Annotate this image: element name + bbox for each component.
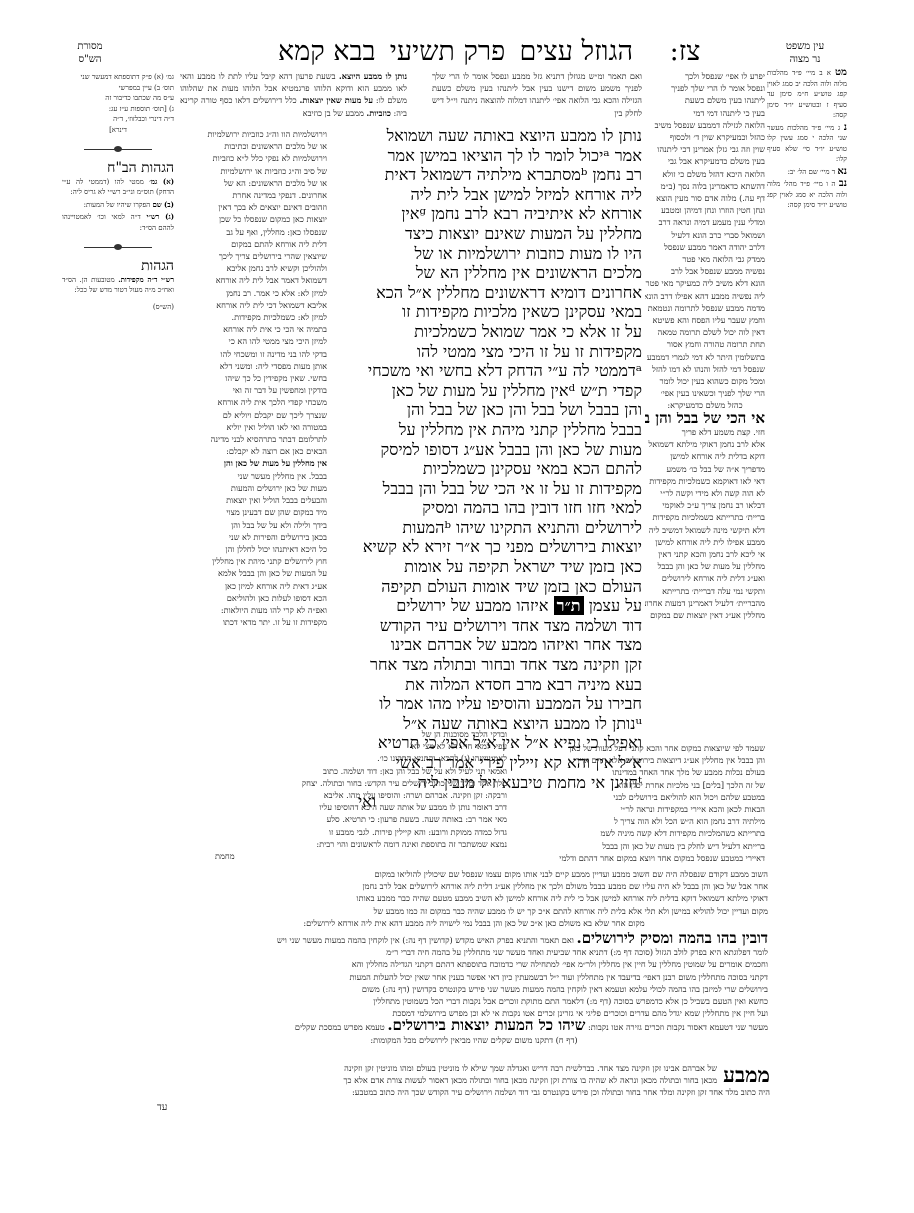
rashi-line: בידך ולילה ולא על של בבל והן [180, 519, 327, 531]
tosafot-line: ומדלי ענין מעמע דמיה ונראה דרב [645, 216, 765, 228]
chapter-name: הגוזל עצים [520, 36, 633, 66]
tosafot-line: ועל חיין אין מתחללין שמא יגדל מהם עדרים … [180, 1007, 768, 1019]
tosafot-line: דף עה.) מלוה אדם סור מעין הוצא [645, 192, 765, 204]
tosafot-line: תחת תרומה טהורה וחמץ אסור [645, 338, 765, 350]
bach-entry: (ג) רש״י ד״ה למאי וכו׳ לאמטויינהו לההם ה… [62, 212, 174, 233]
tosafot-line: ונחן חטין הוזרו ונחן דמיהן ומטבע [645, 204, 765, 216]
hagahot: הגהות רש״י ד״ה מקפידות. מטובעות הן. הס״ד… [62, 261, 174, 312]
tosafot-line: ברייתא דלעיל דיש לחלק בין מעות של כאן וה… [515, 840, 765, 852]
masoret-line: ד״ה דינרי וכבלזוז׳, ד״ה [62, 114, 174, 125]
tosafot-line: שעמד לפי שיוצאות במקום אחר והכא קתני דעל… [515, 742, 765, 754]
bach-lead: רש״י [146, 212, 159, 221]
rashi-bottom: ובדקי הלכך מסוכנות הן של עפי: למאי חזי. … [180, 728, 507, 862]
rashi-dibbur: נותן לו ממבע היוצא. [339, 71, 407, 81]
ein-mishpat-label-line2: נר מצוה [770, 53, 840, 66]
ein-mishpat-entry: מט א ב מיי׳ פ״ד מהלכות מלוה ולוה הלכה יב… [767, 68, 847, 121]
tosafot-line: בירושלים שרי למיזבן בהו בהמה לכולי עלמא … [180, 983, 768, 995]
bach-text: ממטי להו (דממטי לה ע״י הדחק) תוס״מ וני״ב… [62, 178, 174, 197]
tosafot-line: ליה נפשיה ממבע דהא אפילו דרב הונא [645, 290, 765, 302]
masoret-hashas-label: מסורת הש"ס [55, 40, 125, 70]
tosafot-bottom: שעמד לפי שיוצאות במקום אחר והכא קתני דעל… [515, 742, 765, 864]
tosafot-line: כהזל משלם כדמעיקרא: [645, 399, 765, 411]
tosafot-line: והן בבבל אין מחללין אע״ג דיוצאות בירושלי… [515, 754, 765, 766]
tosafot-line: ושמואל סברי כרב הונא דלעיל [645, 229, 765, 241]
rashi-line: ואפ״ה לא קרי להו מעות היולאות: [180, 604, 327, 616]
rashi-line: אין מחללין על מעות של כאן והן [180, 457, 327, 469]
tosafot-full-width: השוב ממבע דקודם שנפסלה היה שם חשוב ממבע … [180, 868, 768, 1046]
tosafot-line: ליתנהו בעין משלם כשעת [645, 94, 765, 106]
rashi-line: מאי אמר רב: באותה שעה. בשעת פרעון: כי תר… [180, 813, 507, 825]
rashi-dibbur: כוזביות. [366, 108, 390, 118]
tosafot-line: חזי. קצת משמע דלא פריך [645, 426, 765, 438]
tosafot-dibbur: שיהו כל המעות יוצאות בירושלים. [387, 1019, 585, 1033]
tosafot-dibbur: אי הכי של בבל והן בבבל למאי [645, 412, 765, 426]
tosafot-line: כהזל וכמעיקרא שוין ד׳ ולכסוף [645, 131, 765, 143]
tosafot-dibbur: דובין בהו בהמה ומסיק לירושלים. [576, 932, 768, 946]
tosafot-line: ממבע אפילו לית ליה אורחא למישן [645, 536, 765, 548]
tosafot-line: דאי לאו דאוקמא כשמלכיות מקפידות [645, 475, 765, 487]
gemara-line: מחללין על המעות שאינם יוצאות כיצד [338, 224, 642, 244]
tosafot-dibbur-line: דובין בהו בהמה ומסיק לירושלים. ואם תאמר … [180, 932, 768, 946]
gemara-line: זקן וזקינה מצד אחד ובחור ובתולה מצד אחר [338, 655, 642, 675]
bach-entry: (ב) שם הפקרו שיהיו של המעות: [62, 200, 174, 211]
rashi-line: שנצרך ליכך שם יקבלם ויוליא לם [180, 409, 327, 421]
daf-number: צז: [650, 36, 720, 66]
tosafot-line: וחמץ שעבר עליו הפסח והא פשיטא [645, 314, 765, 326]
rashi-line: הבאים כאן אם רוצה לא יקבלם: [180, 445, 327, 457]
ornamental-divider [84, 243, 151, 251]
tosafot-line: הרי שלך לפניך וכשאינו בעין אפי׳ [645, 387, 765, 399]
tosafot-line: בתרייתא כשהמלכיות מקפידות דלא קשה מיניה … [515, 827, 765, 839]
tosafot-line: שוין וזה גבי גזלן אמרינן דכי ליתנהו [645, 143, 765, 155]
gemara-line: חבירו על הממבע והוסיפו עליו מהו אמר לו [338, 694, 642, 714]
tosafot-line: הלואה היכא דהזל משלם כי זולא [645, 168, 765, 180]
rashi-line: ורבקה: זקן וזקינה. אברהם ושרה: והוסיפו ע… [180, 789, 507, 801]
rashi-line: ולהוליכן וקשיא לרב נחמן אליבא [180, 262, 327, 274]
ein-mishpat-entry: נא ד מיי׳ שם הל׳ יב: [767, 167, 847, 178]
tosafot-line: וחכמים אומרים על שמוטין מחללין על חיין א… [180, 958, 768, 970]
masoret-line: תוס׳ ב) עיין במפרשי [62, 83, 174, 94]
bach-mark: (א) [163, 177, 174, 186]
tosafot-line: דבלאו רב נחמן צריך ע״כ לאוקמי [645, 499, 765, 511]
tosafot-text: ואם תאמר ומ״ש מגוזלן דתניא גזל ממבע ונפס… [432, 71, 642, 118]
rashi-line: מקפידות זו על זו. יתר מדאי דכתו [180, 616, 327, 628]
gemara-line: אמר ᵃיכול לומר לו לך הוציאו במישן אמר [338, 146, 642, 166]
tosafot-line: נפשיה ממבע שנפסל אבל לרב [645, 265, 765, 277]
entry-mark: נ [844, 122, 847, 133]
tosafot-initial-word: ממבע [723, 1062, 770, 1086]
hagahot-habach-title: הגהות הב"ח [62, 163, 174, 174]
rashi-line: וירושלמיות הוו וה״ג כוזביות ירושלמיות [180, 128, 327, 140]
masoret-line: ג) [תוס׳ תוספות ע״ז עג: [62, 104, 174, 115]
masoret-line: ע״ס מה שכתבו כדיבור זה [62, 93, 174, 104]
tosafot-line: מקום ועדיין יכול להוליא במישן ולא תלי אל… [180, 905, 768, 917]
masoret-line: גמ׳ (א) פ״ק דתוספתא דמעשר שני [62, 72, 174, 83]
ein-mishpat-entry: נב ה ו מיי׳ פ״ד מהל׳ מלוה ולוה הלכה יא ס… [767, 179, 847, 211]
tractate-name: בבא קמא [278, 36, 375, 66]
gemara-line: רב נחמן ᵇמסתברא מילתיה דשמואל דאית [338, 165, 642, 185]
left-margin-notes: גמ׳ (א) פ״ק דתוספתא דמעשר שני תוס׳ ב) עי… [62, 72, 174, 312]
rashi-top: נותן לו ממבע היוצא. בשעת פרעון דהא קיבל … [180, 70, 407, 119]
tosafot-line: השוב ממבע דקודם שנפסלה היה שם חשוב ממבע … [180, 868, 768, 880]
rashi-line: יוצאות כאן כמקום שנפסלו כל שכן [180, 213, 327, 225]
rashi-line: בתמיה אי הכי כי אית ליה אורחא [180, 323, 327, 335]
tosafot-line: דוקא בדלית ליה אורחא למישן [645, 450, 765, 462]
gemara-line: קפדי ת״ש ᵈאין מחללין על מעות של כאן [338, 381, 642, 401]
rashi-line: ובדקי הלכך מסוכנות הן של [180, 728, 507, 740]
tosafot-dibbur-line: אי הכי של בבל והן בבבל למאי [645, 412, 765, 426]
bach-mark: (ב) [164, 200, 174, 209]
gemara-line: כאן בזמן שיד ישראל תקיפה על אומות [338, 557, 642, 577]
page-catchword: עד [145, 1102, 770, 1114]
hagahot-habach: הגהות הב"ח (א) גמ׳ ממטי להו (דממטי לה ע״… [62, 163, 174, 233]
bach-entry: (א) גמ׳ ממטי להו (דממטי לה ע״י הדחק) תוס… [62, 177, 174, 198]
masoret-label-line1: מסורת [55, 40, 125, 53]
tosafot-top: ואם תאמר ומ״ש מגוזלן דתניא גזל ממבע ונפס… [432, 70, 642, 119]
gemara-line: מלכים הראשונים אין מחללין הא של [338, 263, 642, 283]
rashi-line: בדקי להו בני מדינה זו ומשכחי להו [180, 348, 327, 360]
rashi-line: גדול כמדה ממוקת ורובע: והא קיילין פירות.… [180, 826, 507, 838]
hagahot-title: הגהות [62, 261, 174, 272]
entry-mark: נב [839, 178, 847, 189]
rashi-line: של סיב וה״ג כוזביות או ירושלמיות [180, 165, 327, 177]
rashi-line: הכא דסופו לעלות כאן ולהוליאם [180, 592, 327, 604]
tosafot-line: בעולם נכלות ממבע של מלך אחד האחד במדינתו [515, 766, 765, 778]
tosafot-line: ותקשי נמי עלה דבריית׳ בתרייתא [645, 585, 765, 597]
running-header: הגוזל עצים פרק תשיעי בבא קמא [278, 36, 633, 66]
rashi-line: שנפסלו כאן: מחללין, ואף על גב [180, 226, 327, 238]
ein-mishpat-entry: נ ג מיי׳ פ״ד מהלכות מעשר שני הלכה י סמג … [767, 123, 847, 165]
gemara-line: היו לו מעות כוזבות ירושלמיות או של [338, 244, 642, 264]
tosafot-line: מקום אחר שלא בא משולם כאן א״כ של כאן והן… [180, 917, 768, 929]
bach-lead: שם [152, 200, 161, 209]
gemara-line: בעא מיניה רבא מרב חסדא המלוה את [338, 675, 642, 695]
masoret-label-line2: הש"ס [55, 53, 125, 66]
gemara-line: מעות של כאן והן בבבל אע״ג דסופו למיסק [338, 440, 642, 460]
tosafot-line: אחר אבל של כאן והן בבבל לא היה עליו שם מ… [180, 880, 768, 892]
tosafot-line: דאיירי במטבע שנפסל במקום אחד ויוצא במקום… [515, 852, 765, 864]
tosafot-line: כחשא ואין הטעם בשביל כן אלא כדמפרש בסוכה… [180, 995, 768, 1007]
tosafot-line: ונפסל אומר לו הרי שלך לפניך [645, 82, 765, 94]
tosafot-line: בריית׳ בתרייתא כשמלכיות מקפידות [645, 511, 765, 523]
tosafot-line: דקתני בסוכה מתחללין משום רבנן דאפי׳ בדיע… [180, 971, 768, 983]
gemara-line: ליה אורחא למיזל למישן אבל לית ליה [338, 185, 642, 205]
rashi-line: אע״ג דאית ליה אורחא למיזן כאן [180, 580, 327, 592]
rashi-line: והבעלים בבבל הוליל ואין יוצאות [180, 494, 327, 506]
tosafot-line: מהבריית׳ דלעיל דאמרינן דמעות אחרונים [645, 597, 765, 609]
rashi-line: אותן מעות מפסדי ליה: ומשני דלא [180, 360, 327, 372]
rashi-line: דרב דאומר נותן לו ממבע של אותה שעה היכא … [180, 801, 507, 813]
rashi-line: משכחי קפדי הלכך אית ליה אורחא [180, 396, 327, 408]
tosafot-line: ואע״ג דלית ליה אורחא לירושלים [645, 572, 765, 584]
entry-mark: מט [835, 67, 847, 78]
tosafot-line: ומכל מקום כשהוא בעין יכול לומר [645, 375, 765, 387]
tosafot-line: בעין משלם כדמעיקרא אבל גבי [645, 155, 765, 167]
rashi-dibbur: על מעות שאין יוצאות. [300, 95, 373, 105]
rashi-line: נמצא שמשתכר זה בתוספת ואינה דומה לראשוני… [180, 838, 507, 850]
tosafot-line: דלרב יהודה דאמר ממבע שנפסל [645, 241, 765, 253]
rashi-line: בודקין ומחפשין על דבר זה ואי [180, 384, 327, 396]
rashi-text: ממבע של בן כוזיבא [303, 108, 364, 118]
rashi-line: על המעות של כאן והן בבבל אלמא [180, 567, 327, 579]
gemara-line: מצד אחר ואיזהו ממבע של אברהם אבינו [338, 635, 642, 655]
tosafot-line: דהשתא כדאמרינן בלוה נסך (ב״מ [645, 180, 765, 192]
gemara-line: העולם כאן בזמן שיד אומות העולם תקיפה [338, 577, 642, 597]
tosafot-text: מעשר שני דטעמא דאסור נקבות וזכרים גזירה … [588, 1022, 768, 1032]
gemara-text: נותן לו ממבע היוצא באותה שעה ושמואל אמר … [338, 126, 642, 812]
rashi-line: למיזן היכי מצי ממטי להו הא כי [180, 335, 327, 347]
rashi-line: למיזן לא: כשמלכיות מקפידות. [180, 311, 327, 323]
rashi-line: דשמואל דאמר אבל לית ליה אורחא [180, 274, 327, 286]
gemara-line: יוצאות בירושלים מפני כך א״ר זירא לא קשיא [338, 537, 642, 557]
rashi-line: מיד במקום שהן שם דבעינן מצוי [180, 506, 327, 518]
rashi-line: מעות של כאן ירושלים והמעות [180, 482, 327, 494]
tosafot-line: ממדק גבי הלואה מאי פטר [645, 253, 765, 265]
tosafot-line: לומר דפלוגתא היא בפרק לולב הגזול (סוכה ד… [180, 946, 768, 958]
tosafot-line: מדפריך א״ה של בבל כו׳ משמע [645, 463, 765, 475]
tosafot-line: שנפסל דמי להזל והנהו לא דמו להזל [645, 363, 765, 375]
entry-text: ד מיי׳ שם הל׳ יב: [788, 168, 836, 176]
rashi-line: לאמטויינהו (ג) להכא: והתניא התקינו כו׳. [180, 752, 507, 764]
rashi-line: חוץ לירושלים קתני מיהת אין מחללין [180, 555, 327, 567]
tosafot-line: במטבע שלהם ויכול הוא להוליאם בירושלים לב… [515, 791, 765, 803]
tosafot-line: בעין כי ליתנהו דמי דמי [645, 107, 765, 119]
gemara-line: נותן לו ממבע היוצא באותה שעה ושמואל [338, 126, 642, 146]
gemara-line: אורחא לא איתיביה רבא לרב נחמן ᵍאין [338, 204, 642, 224]
rashi-column: וירושלמיות הוו וה״ג כוזביות ירושלמיות או… [180, 128, 327, 628]
ein-mishpat-label: עין משפט נר מצוה [770, 40, 840, 70]
tosafot-line: בתשלומין היתר לא דמי לגמרי דממבע [645, 351, 765, 363]
tosafot-line: הבאות לכאן והכא איירי במקפידות ונראה לר״… [515, 803, 765, 815]
tosafot-line: (דף ח) דתקנו משום שקלים שהיו מביאין לירו… [180, 1034, 768, 1046]
hagahot-lead: רש״י ד״ה מקפידות. [118, 275, 174, 284]
rashi-line: דלית ליה אורחא להתם במקום [180, 238, 327, 250]
rashi-line: בכאן בירושלים והפירות לא שני [180, 531, 327, 543]
gemara-line: לירושלים והתניא התקינו שיהו ᵇהמעות [338, 518, 642, 538]
gemara-line-with-baraita-marker: על עצמן ת״ר איזהו ממבע של ירושלים [338, 596, 642, 616]
tosafot-line: מעשר שני דטעמא דאסור נקבות וזכרים גזירה … [180, 1019, 768, 1033]
tosafot-line: אי ליכא לרב נחמן והכא קתני דאין [645, 548, 765, 560]
rashi-line: עפי: למאי חזי. הא לא מצי לא [180, 740, 507, 752]
ein-mishpat: מט א ב מיי׳ פ״ד מהלכות מלוה ולוה הלכה יב… [767, 68, 847, 213]
tosafot-line: דלא תיקשי מינה לשמואל דמשיב ליה [645, 524, 765, 536]
gemara-line: דוד ושלמה מצד אחד וירושלים עיר הקודש [338, 616, 642, 636]
gemara-line: במאי עסקינן כשאין מלכיות מקפידות זו [338, 302, 642, 322]
rashi-line: וירושלמיות לא נפקי כלל ל״א כוזביות [180, 152, 327, 164]
tosafot-line: מדמה ממבע שנפסל לתרומה ונטמאת [645, 302, 765, 314]
rashi-line: אחרונים. דנפקי במדינה אחרת [180, 189, 327, 201]
tosafot-line: היה כתוב מלד אחד זקן וזקינה ומלד אחר בחו… [145, 1086, 770, 1098]
rashi-line: בבבל. אין מחללין מעשר שני [180, 470, 327, 482]
hagahot-source: (הש״ס) [62, 302, 174, 313]
gemara-line: על זו אלא כי אמר שמואל כשמלכיות [338, 322, 642, 342]
rashi-line: מלך אחד ומלך שני כתוב ירושלים עיר הקדש: … [180, 777, 507, 789]
masoret-line: דינרא] [62, 125, 174, 136]
gemara-line: על עצמן ת״ר איזהו ממבע של ירושלים [396, 596, 642, 615]
tosafot-line: אלא לרב נחמן דאוקי מילתא דשמואל [645, 438, 765, 450]
gemara-line: מקפידות זו על זו אי הכי של בבל והן בבבל [338, 479, 642, 499]
ein-mishpat-label-line1: עין משפט [770, 40, 840, 53]
gemara-line: להתם הכא במאי עסקינן כשמלכיות [338, 459, 642, 479]
tosafot-text: ואם תאמר והתניא בפרק האיש מקדש (קדושין ד… [277, 935, 574, 945]
tosafot-final: ממבע של אברהם אבינו זקן וזקינה מצד אחד. … [145, 1062, 770, 1114]
entry-text: ג מיי׳ פ״ד מהלכות מעשר שני הלכה י סמג עש… [767, 124, 847, 164]
chapter-number: פרק תשיעי [390, 36, 505, 66]
gemara-line: מקפידות זו על זו היכי מצי ממטי להו [338, 342, 642, 362]
rashi-line: לתרלומם דבתר בתרהסיא לבני מדינה [180, 433, 327, 445]
tosafot-text: טעמא מפרש במסכת שקלים [295, 1022, 385, 1032]
tosafot-line: מחללין על מעות של כאן והן בבבל [645, 560, 765, 572]
tosafot-line: הלואה לגזילה דממבע שנפסל משיב [645, 119, 765, 131]
tosafot-line: הונא דלא משיב ליה כמעיקר מאי פטר [645, 277, 765, 289]
gemara-line: והן בבבל ושל בבל והן כאן של בבל והן [338, 400, 642, 420]
bach-lead: גמ׳ [149, 177, 157, 186]
entry-mark: נא [837, 166, 847, 177]
gemara-line: ᵃדממטי לה ע״י הדחק דלא בחשי ואי משכחי [338, 361, 642, 381]
tosafot-line: של זה הלכך [בלים] בני מלכיות אחרת יכלן ה… [515, 779, 765, 791]
tosafot-line: מכאן בחור ובתולה מכאן ונראה לא שהיה בו צ… [145, 1074, 717, 1086]
rashi-line: אליבא דשמואל דכי לית ליה אורחא [180, 299, 327, 311]
rashi-line: בחשי. שאין מקפידין כל כך שיהו [180, 372, 327, 384]
tosafot-line: דאין לוה יכול לשלם תרומה טמאה [645, 326, 765, 338]
ornamental-divider [84, 145, 151, 153]
masoret-hashas: גמ׳ (א) פ״ק דתוספתא דמעשר שני תוס׳ ב) עי… [62, 72, 174, 135]
bach-text: הפקרו שיהיו של המעות: [84, 201, 151, 209]
baraita-marker: ת״ר [554, 596, 584, 615]
tosafot-line: דאוקי מילתא דשמואל דוקא בדלית ליה אורחא … [180, 892, 768, 904]
tosafot-line: מחללין אע״ג דאין יוצאות שם במקום [645, 609, 765, 621]
rashi-line: וזהובים דאינם יוצאים לא בכך דאין [180, 201, 327, 213]
tosafot-line: מילתיה דרב נחמן הוא ה״ש הכל ולא הוה צריך… [515, 815, 765, 827]
rashi-line: כל היכא דאיתנהו יכול לחללן והן [180, 543, 327, 555]
gemara-line: למאי חזו חזו דובין בהו בהמה ומסיק [338, 498, 642, 518]
rashi-line: שיוצאין שהרי בירושלים צריך ליכך [180, 250, 327, 262]
tosafot-final-row: ממבע של אברהם אבינו זקן וזקינה מצד אחד. … [145, 1062, 770, 1086]
rashi-line: למיזן לא: אלא כי אמר. רב נחמן [180, 287, 327, 299]
tosafot-final-text: של אברהם אבינו זקן וזקינה מצד אחד. בברלש… [145, 1062, 717, 1086]
tosafot-line: לא הוה קשה ולא מידי וקשה לר״י [645, 487, 765, 499]
rashi-catchword: מחמת [180, 850, 507, 862]
tosafot-line: יפרע לו אפי׳ שנפסל ולכך [645, 70, 765, 82]
gemara-line: אחרונים דומיא דראשונים מחללין א״ל הכא [338, 283, 642, 303]
rashi-line: במטורה ואי לאו הוליל ואין יוליא [180, 421, 327, 433]
rashi-line: או של מלכים הראשונים וכתיבות [180, 140, 327, 152]
entry-text: ה ו מיי׳ פ״ד מהל׳ מלוה ולוה הלכה יא סמג … [767, 180, 847, 209]
tosafot-line: של אברהם אבינו זקן וזקינה מצד אחד. בברלש… [145, 1062, 717, 1074]
gemara-line: בבבל מחללין קתני מיהת אין מחללין על [338, 420, 642, 440]
tosafot-column: יפרע לו אפי׳ שנפסל ולכך ונפסל אומר לו הר… [645, 70, 765, 621]
bach-mark: (ג) [165, 212, 174, 221]
rashi-line: או של מלכים הראשונים: הא של [180, 177, 327, 189]
rashi-line: ואמאי תני לעיל ולא על של בבל והן כאן: דו… [180, 765, 507, 777]
